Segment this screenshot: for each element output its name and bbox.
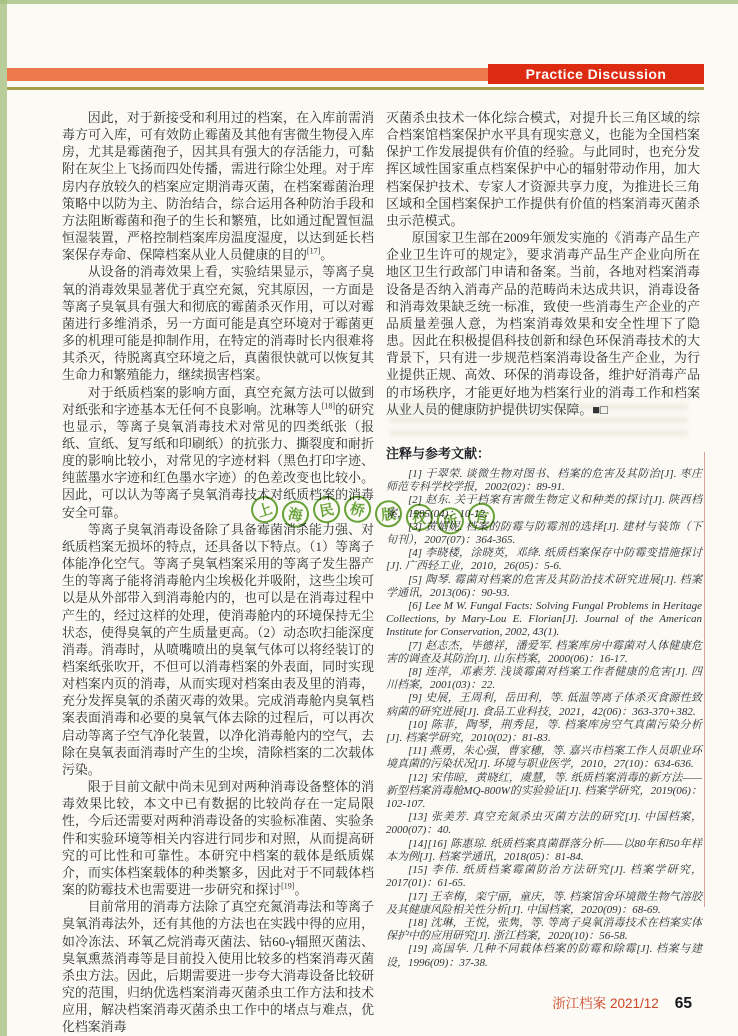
scan-margin-line-artifact	[704, 452, 705, 907]
article-left-column: 因此，对于新接受和利用过的档案，在入库前需消毒方可入库，可有效防止霉菌及其他有害…	[62, 110, 374, 1036]
reference-item: [7] 赵志杰，毕德祥，潘爱军. 档案库房中霉菌对人体健康危害的调查及其防治[J…	[386, 640, 702, 666]
page-bleed-through-artifact	[390, 404, 688, 442]
reference-item: [5] 陶琴. 霉菌对档案的危害及其防治技术研究进展[J]. 档案学通讯，201…	[386, 574, 702, 600]
reference-item: [14][16] 陈惠琼. 纸质档案真菌群落分析——以80年和50年样本为例[J…	[386, 838, 702, 864]
article-paragraph: 目前常用的消毒方法除了真空充氮消毒法和等离子臭氧消毒法外，还有其他的方法也在实践…	[62, 899, 374, 1036]
reference-item: [3] 黄娟妮. 档案的防霉与防霉剂的选择[J]. 建材与装饰（下旬刊），200…	[386, 521, 702, 547]
header-orange-bar	[7, 68, 488, 81]
reference-item: [1] 于翠荣. 谈微生物对图书、档案的危害及其防治[J]. 枣庄师范专科学校学…	[386, 468, 702, 494]
article-paragraph: 因此，对于新接受和利用过的档案，在入库前需消毒方可入库，可有效防止霉菌及其他有害…	[62, 110, 374, 264]
reference-item: [10] 陈菲，陶琴，荆秀昆，等. 档案库房空气真菌污染分析[J]. 档案学研究…	[386, 719, 702, 745]
reference-item: [8] 连萍，邓素芳. 浅谈霉菌对档案工作者健康的危害[J]. 四川档案，200…	[386, 666, 702, 692]
scan-edge-top	[0, 0, 738, 4]
section-category-badge: Practice Discussion	[488, 64, 704, 84]
reference-item: [13] 张美芳. 真空充氮杀虫灭菌方法的研究[J]. 中国档案，2000(07…	[386, 811, 702, 837]
page-number: 65	[675, 995, 692, 1012]
article-paragraph: 原国家卫生部在2009年颁发实施的《消毒产品生产企业卫生许可的规定》，要求消毒产…	[386, 230, 700, 419]
reference-item: [2] 赵东. 关于档案有害微生物定义和种类的探讨[J]. 陕西档案，1995(…	[386, 494, 702, 520]
article-paragraph: 限于目前文献中尚未见到对两种消毒设备整体的消毒效果比较，本文中已有数据的比较尚存…	[62, 779, 374, 899]
reference-item: [6] Lee M W. Fungal Facts: Solving Funga…	[386, 600, 702, 640]
reference-item: [15] 李伟. 纸质档案霉菌防治方法研究[J]. 档案学研究，2017(01)…	[386, 864, 702, 890]
reference-item: [18] 沈琳，王悦，张隽，等. 等离子臭氧消毒技术在档案实体保护中的应用研究[…	[386, 917, 702, 943]
reference-item: [19] 高国华. 几种不同载体档案的防霉和除霉[J]. 档案与建设，1996(…	[386, 943, 702, 969]
journal-page-scan: Practice Discussion 因此，对于新接受和利用过的档案，在入库前…	[0, 0, 738, 1036]
section-category-label: Practice Discussion	[526, 66, 667, 82]
reference-item: [4] 李晓楼，涂晓英，邓绛. 纸质档案保存中防霉变措施探讨[J]. 广西轻工业…	[386, 547, 702, 573]
journal-issue-label: 浙江档案 2021/12	[552, 996, 659, 1011]
references-list: [1] 于翠荣. 谈微生物对图书、档案的危害及其防治[J]. 枣庄师范专科学校学…	[386, 468, 702, 970]
reference-item: [17] 王幸梅，栾宁丽，童庆，等. 档案馆舍环境微生物气溶胶及其健康风险相关性…	[386, 891, 702, 917]
article-paragraph: 从设备的消毒效果上看，实验结果显示，等离子臭氧的消毒效果显著优于真空充氮，究其原…	[62, 264, 374, 384]
page-footer: 浙江档案 2021/1265	[552, 992, 692, 1013]
article-paragraph: 灭菌杀虫技术一体化综合模式，对提升长三角区域的综合档案馆档案保护水平具有现实意义…	[386, 110, 700, 230]
header-olive-rule	[7, 87, 704, 90]
reference-item: [12] 宋伟晾，黄晓红，虞慧，等. 纸质档案消毒的新方法——新型档案消毒舱MQ…	[386, 772, 702, 812]
article-paragraph: 等离子臭氧消毒设备除了具备霉菌消杀能力强、对纸质档案无损坏的特点，还具备以下特点…	[62, 522, 374, 779]
scan-edge-left	[0, 0, 7, 1036]
references-heading: 注释与参考文献：	[386, 443, 490, 462]
reference-item: [11] 燕勇，朱心强，曹家穗，等. 嘉兴市档案工作人员职业环境真菌的污染状况[…	[386, 745, 702, 771]
article-right-column: 灭菌杀虫技术一体化综合模式，对提升长三角区域的综合档案馆档案保护水平具有现实意义…	[386, 110, 700, 419]
article-paragraph: 对于纸质档案的影响方面，真空充氮方法可以做到对纸张和字迹基本无任何不良影响。沈琳…	[62, 385, 374, 522]
reference-item: [9] 史展，王周利，岳田利，等. 低温等离子体杀灭食源性致病菌的研究进展[J]…	[386, 692, 702, 718]
